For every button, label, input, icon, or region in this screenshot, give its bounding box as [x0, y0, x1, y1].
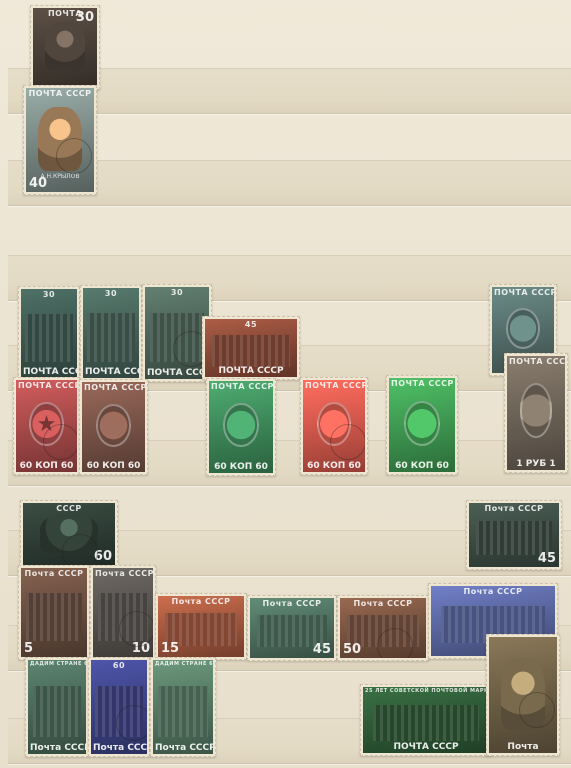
- stamp-footer-text: Почта СССР: [155, 743, 211, 753]
- stamp-industry: 60Почта СССР: [88, 657, 150, 757]
- stamp-medal: ПОЧТА СССР1 РУБ 1: [504, 353, 568, 473]
- postmark-icon: [62, 534, 98, 568]
- stamp-header-text: Почта СССР: [342, 599, 424, 608]
- stamp-portrait: СССР60: [20, 500, 118, 568]
- postmark-icon: [377, 628, 413, 661]
- medal-icon: [506, 308, 541, 349]
- stamp-portrait: ПОЧТА30: [30, 5, 100, 90]
- stamp-oil-industry: ДАДИМ СТРАНЕ 60 МИЛЛИОНОВ ТОНН НЕФТИПочт…: [25, 657, 89, 757]
- stamp-footer-text: Почта СССР: [93, 743, 145, 753]
- postmark-icon: [43, 424, 79, 460]
- stamp-oil-industry: ДАДИМ СТРАНЕ 60 МИЛЛИОНОВ ТОНН НЕФТИПочт…: [150, 657, 216, 757]
- stamp-footer-text: ПОЧТА СССР: [207, 366, 295, 376]
- stamp-footer-text: 60 КОП 60: [391, 461, 453, 471]
- scene-icon: [212, 335, 289, 366]
- stamp-footer-text: ПОЧТА СССР: [23, 367, 75, 377]
- portrait-icon: [45, 22, 86, 71]
- scene-icon: [158, 686, 208, 737]
- stamp-header-text: 45: [207, 320, 295, 329]
- stamp-medal-star: ★ПОЧТА СССР60 КОП 60: [13, 377, 80, 475]
- stamp-header-text: СССР: [25, 504, 113, 513]
- stamp-portrait: ПОЧТА СССРА.Н.КРЫЛОВ40: [23, 85, 97, 195]
- stamp-footer-text: ПОЧТА СССР: [85, 367, 137, 377]
- medal-icon: [404, 401, 441, 446]
- stamp-denomination: 45: [538, 552, 556, 565]
- stamp-denomination: 30: [76, 11, 94, 24]
- stamp-header-text: Почта СССР: [471, 504, 557, 513]
- stamp-footer-text: Почта: [491, 742, 555, 752]
- stamp-header-text: ПОЧТА СССР: [28, 89, 92, 98]
- stamp-kremlin-view: Почта СССР45: [247, 595, 337, 661]
- stamp-footer-text: 60 КОП 60: [18, 461, 75, 471]
- scene-icon: [25, 314, 72, 362]
- stamp-header-text: ПОЧТА СССР: [18, 381, 75, 390]
- stamp-building: Почта СССР15: [155, 593, 247, 660]
- scene-icon: [373, 705, 479, 741]
- medal-icon: [96, 404, 131, 447]
- stamp-header-text: ПОЧТА СССР: [509, 357, 563, 366]
- stamp-building: Почта СССР50: [337, 595, 429, 661]
- stamp-header-text: ПОЧТА СССР: [211, 382, 271, 391]
- stamp-header-text: ДАДИМ СТРАНЕ 60 МИЛЛИОНОВ ТОНН НЕФТИ: [155, 661, 211, 667]
- stamp-sanatorium: 45ПОЧТА СССР: [202, 316, 300, 380]
- stamp-footer-text: Почта СССР: [30, 743, 84, 753]
- stamp-denomination: 45: [313, 643, 331, 656]
- stamp-header-text: ПОЧТА СССР: [391, 379, 453, 388]
- stamp-header-text: Почта СССР: [433, 587, 553, 596]
- stamp-header-text: Почта СССР: [160, 597, 242, 606]
- stamp-sanatorium: 30ПОЧТА СССР: [18, 286, 80, 381]
- stamp-header-text: 30: [23, 290, 75, 299]
- stamp-medal: ПОЧТА СССР60 КОП 60: [206, 378, 276, 476]
- stamp-header-text: Почта СССР: [23, 569, 85, 578]
- stamp-medal: ПОЧТА СССР60 КОП 60: [386, 375, 458, 475]
- stamp-footer-text: 1 РУБ 1: [509, 459, 563, 469]
- stamp-header-text: 30: [147, 288, 207, 297]
- scene-icon: [26, 593, 81, 641]
- postmark-icon: [519, 692, 555, 728]
- stamp-denomination: 50: [343, 643, 361, 656]
- stamp-footer-text: ПОЧТА СССР: [365, 742, 487, 752]
- stamp-medal: ПОЧТА СССР60 КОП 60: [300, 377, 368, 475]
- stamp-header-text: ПОЧТА СССР: [305, 381, 363, 390]
- postmark-icon: [116, 705, 150, 741]
- stamp-medal: ПОЧТА СССР60 КОП 60: [79, 379, 148, 475]
- stamp-header-text: Почта СССР: [252, 599, 332, 608]
- postmark-icon: [119, 611, 155, 647]
- stamp-header-text: ДАДИМ СТРАНЕ 60 МИЛЛИОНОВ ТОНН НЕФТИ: [30, 661, 84, 667]
- stamp-denomination: 5: [24, 642, 33, 655]
- stamp-medal-portrait: Почта: [486, 634, 560, 756]
- stamp-denomination: 15: [161, 642, 179, 655]
- scene-icon: [87, 313, 134, 362]
- stamp-header-text: ПОЧТА СССР: [494, 288, 552, 297]
- stamp-header-text: 25 ЛЕТ СОВЕТСКОЙ ПОЧТОВОЙ МАРКИ: [365, 688, 487, 694]
- stamp-header-text: 30: [85, 289, 137, 298]
- stamp-stamps-collage: 25 ЛЕТ СОВЕТСКОЙ ПОЧТОВОЙ МАРКИПОЧТА ССС…: [360, 684, 492, 756]
- stamp-header-text: ПОЧТА СССР: [84, 383, 143, 392]
- stamp-header-text: 60: [93, 661, 145, 670]
- postmark-icon: [56, 138, 92, 174]
- stamp-denomination: 40: [29, 177, 47, 190]
- stamp-footer-text: ПОЧТА СССР: [147, 368, 207, 378]
- stamp-footer-text: 60 КОП 60: [305, 461, 363, 471]
- stamp-theatre: Почта СССР10: [90, 565, 156, 660]
- stamp-header-text: Почта СССР: [95, 569, 151, 578]
- medal-icon: [520, 383, 553, 438]
- medal-icon: [223, 403, 259, 447]
- stamp-kremlin-view: Почта СССР45: [466, 500, 562, 570]
- stamp-footer-text: 60 КОП 60: [84, 461, 143, 471]
- scene-icon: [33, 686, 82, 737]
- stamp-footer-text: 60 КОП 60: [211, 462, 271, 472]
- stamp-kremlin-view: Почта СССР5: [18, 565, 90, 660]
- stamp-sanatorium: 30ПОЧТА СССР: [80, 285, 142, 381]
